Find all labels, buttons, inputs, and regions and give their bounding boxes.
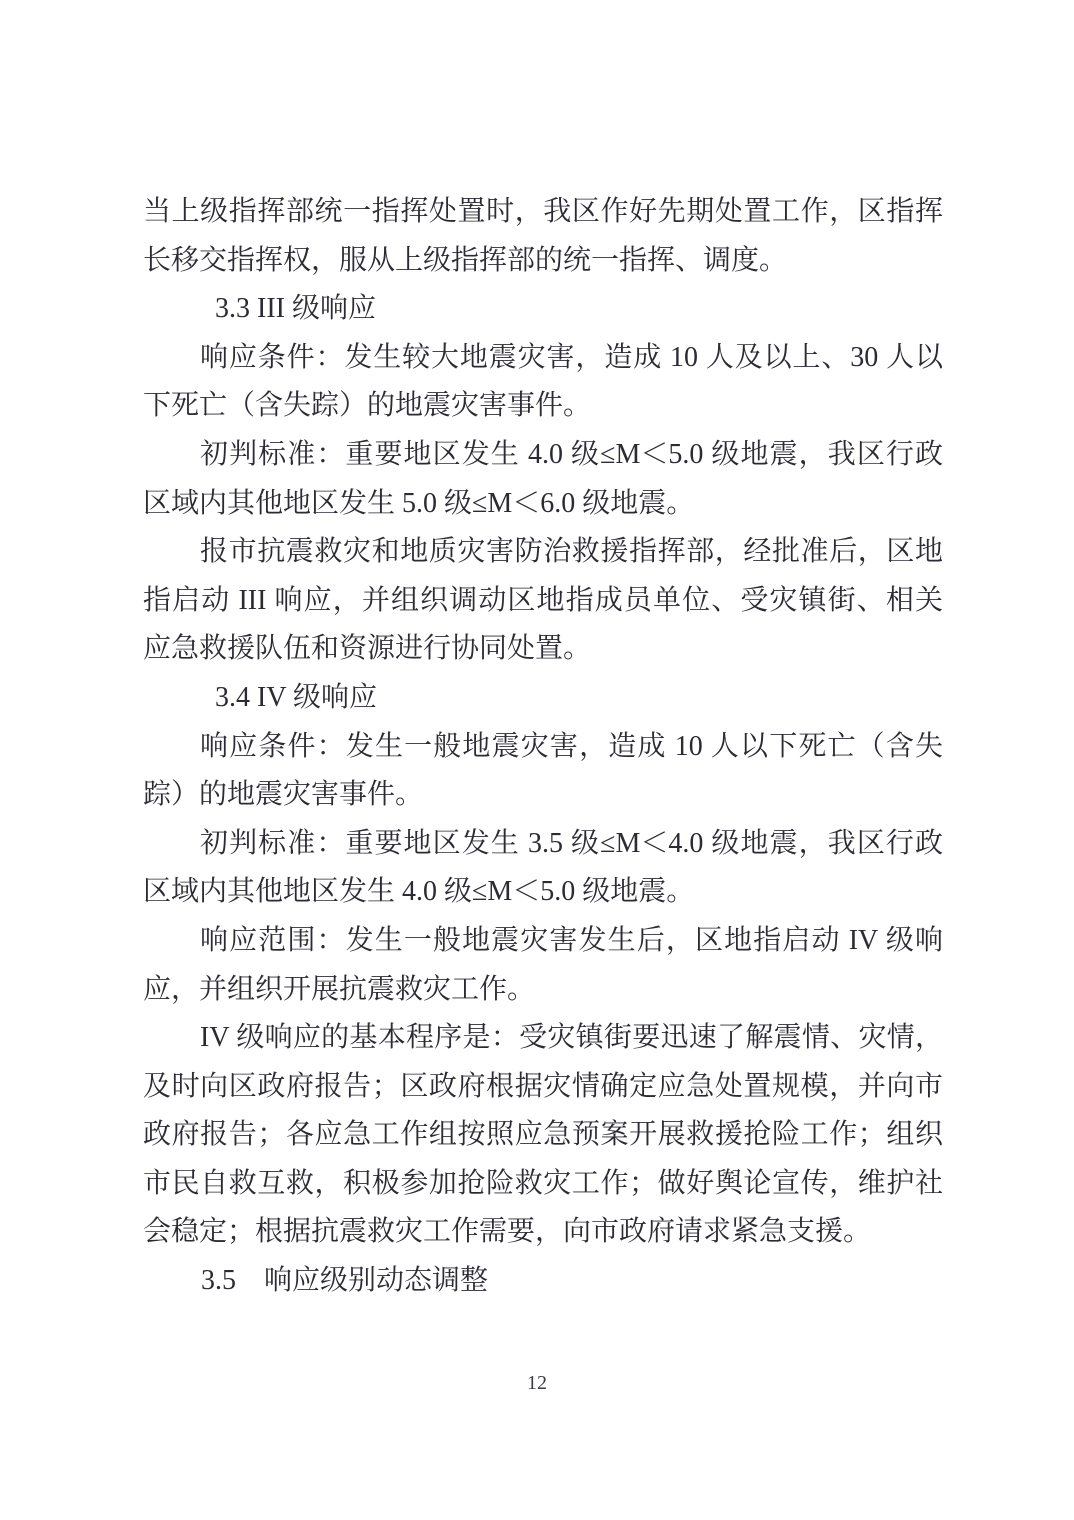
page-number: 12 <box>0 1372 1074 1395</box>
text-line: 响应条件：发生一般地震灾害，造成 10 人以下死亡（含失 <box>143 723 943 772</box>
document-page: 当上级指挥部统一指挥处置时，我区作好先期处置工作，区指挥长移交指挥权，服从上级指… <box>0 0 1074 1520</box>
text-line: 及时向区政府报告；区政府根据灾情确定应急处置规模，并向市 <box>143 1063 943 1112</box>
text-line: 市民自救互救，积极参加抢险救灾工作；做好舆论宣传，维护社 <box>143 1160 943 1209</box>
section-heading: 3.4 IV 级响应 <box>143 674 943 723</box>
section-heading: 3.5 响应级别动态调整 <box>143 1257 943 1306</box>
paragraph: 响应条件：发生较大地震灾害，造成 10 人及以上、30 人以下死亡（含失踪）的地… <box>143 334 943 431</box>
text-line: 下死亡（含失踪）的地震灾害事件。 <box>143 382 943 431</box>
paragraph: 响应条件：发生一般地震灾害，造成 10 人以下死亡（含失踪）的地震灾害事件。 <box>143 723 943 820</box>
text-line: 区域内其他地区发生 5.0 级≤M＜6.0 级地震。 <box>143 480 943 529</box>
text-line: 报市抗震救灾和地质灾害防治救援指挥部，经批准后，区地 <box>143 528 943 577</box>
text-line: 3.4 IV 级响应 <box>143 674 943 723</box>
text-line: 响应范围：发生一般地震灾害发生后，区地指启动 IV 级响 <box>143 917 943 966</box>
section-heading: 3.3 III 级响应 <box>143 285 943 334</box>
text-line: 应，并组织开展抗震救灾工作。 <box>143 966 943 1015</box>
text-line: 指启动 III 响应，并组织调动区地指成员单位、受灾镇街、相关 <box>143 577 943 626</box>
text-line: 长移交指挥权，服从上级指挥部的统一指挥、调度。 <box>143 237 943 286</box>
text-line: 初判标准：重要地区发生 4.0 级≤M＜5.0 级地震，我区行政 <box>143 431 943 480</box>
text-line: 政府报告；各应急工作组按照应急预案开展救援抢险工作；组织 <box>143 1111 943 1160</box>
text-line: 会稳定；根据抗震救灾工作需要，向市政府请求紧急支援。 <box>143 1208 943 1257</box>
paragraph: 当上级指挥部统一指挥处置时，我区作好先期处置工作，区指挥长移交指挥权，服从上级指… <box>143 188 943 285</box>
text-line: 区域内其他地区发生 4.0 级≤M＜5.0 级地震。 <box>143 868 943 917</box>
text-line: 3.5 响应级别动态调整 <box>143 1257 943 1306</box>
text-line: 初判标准：重要地区发生 3.5 级≤M＜4.0 级地震，我区行政 <box>143 820 943 869</box>
paragraph: IV 级响应的基本程序是：受灾镇街要迅速了解震情、灾情，及时向区政府报告；区政府… <box>143 1014 943 1257</box>
paragraph: 响应范围：发生一般地震灾害发生后，区地指启动 IV 级响应，并组织开展抗震救灾工… <box>143 917 943 1014</box>
document-body: 当上级指挥部统一指挥处置时，我区作好先期处置工作，区指挥长移交指挥权，服从上级指… <box>143 188 943 1306</box>
text-line: 响应条件：发生较大地震灾害，造成 10 人及以上、30 人以 <box>143 334 943 383</box>
text-line: IV 级响应的基本程序是：受灾镇街要迅速了解震情、灾情， <box>143 1014 943 1063</box>
paragraph: 初判标准：重要地区发生 3.5 级≤M＜4.0 级地震，我区行政区域内其他地区发… <box>143 820 943 917</box>
paragraph: 初判标准：重要地区发生 4.0 级≤M＜5.0 级地震，我区行政区域内其他地区发… <box>143 431 943 528</box>
text-line: 当上级指挥部统一指挥处置时，我区作好先期处置工作，区指挥 <box>143 188 943 237</box>
text-line: 应急救援队伍和资源进行协同处置。 <box>143 625 943 674</box>
text-line: 踪）的地震灾害事件。 <box>143 771 943 820</box>
paragraph: 报市抗震救灾和地质灾害防治救援指挥部，经批准后，区地指启动 III 响应，并组织… <box>143 528 943 674</box>
text-line: 3.3 III 级响应 <box>143 285 943 334</box>
